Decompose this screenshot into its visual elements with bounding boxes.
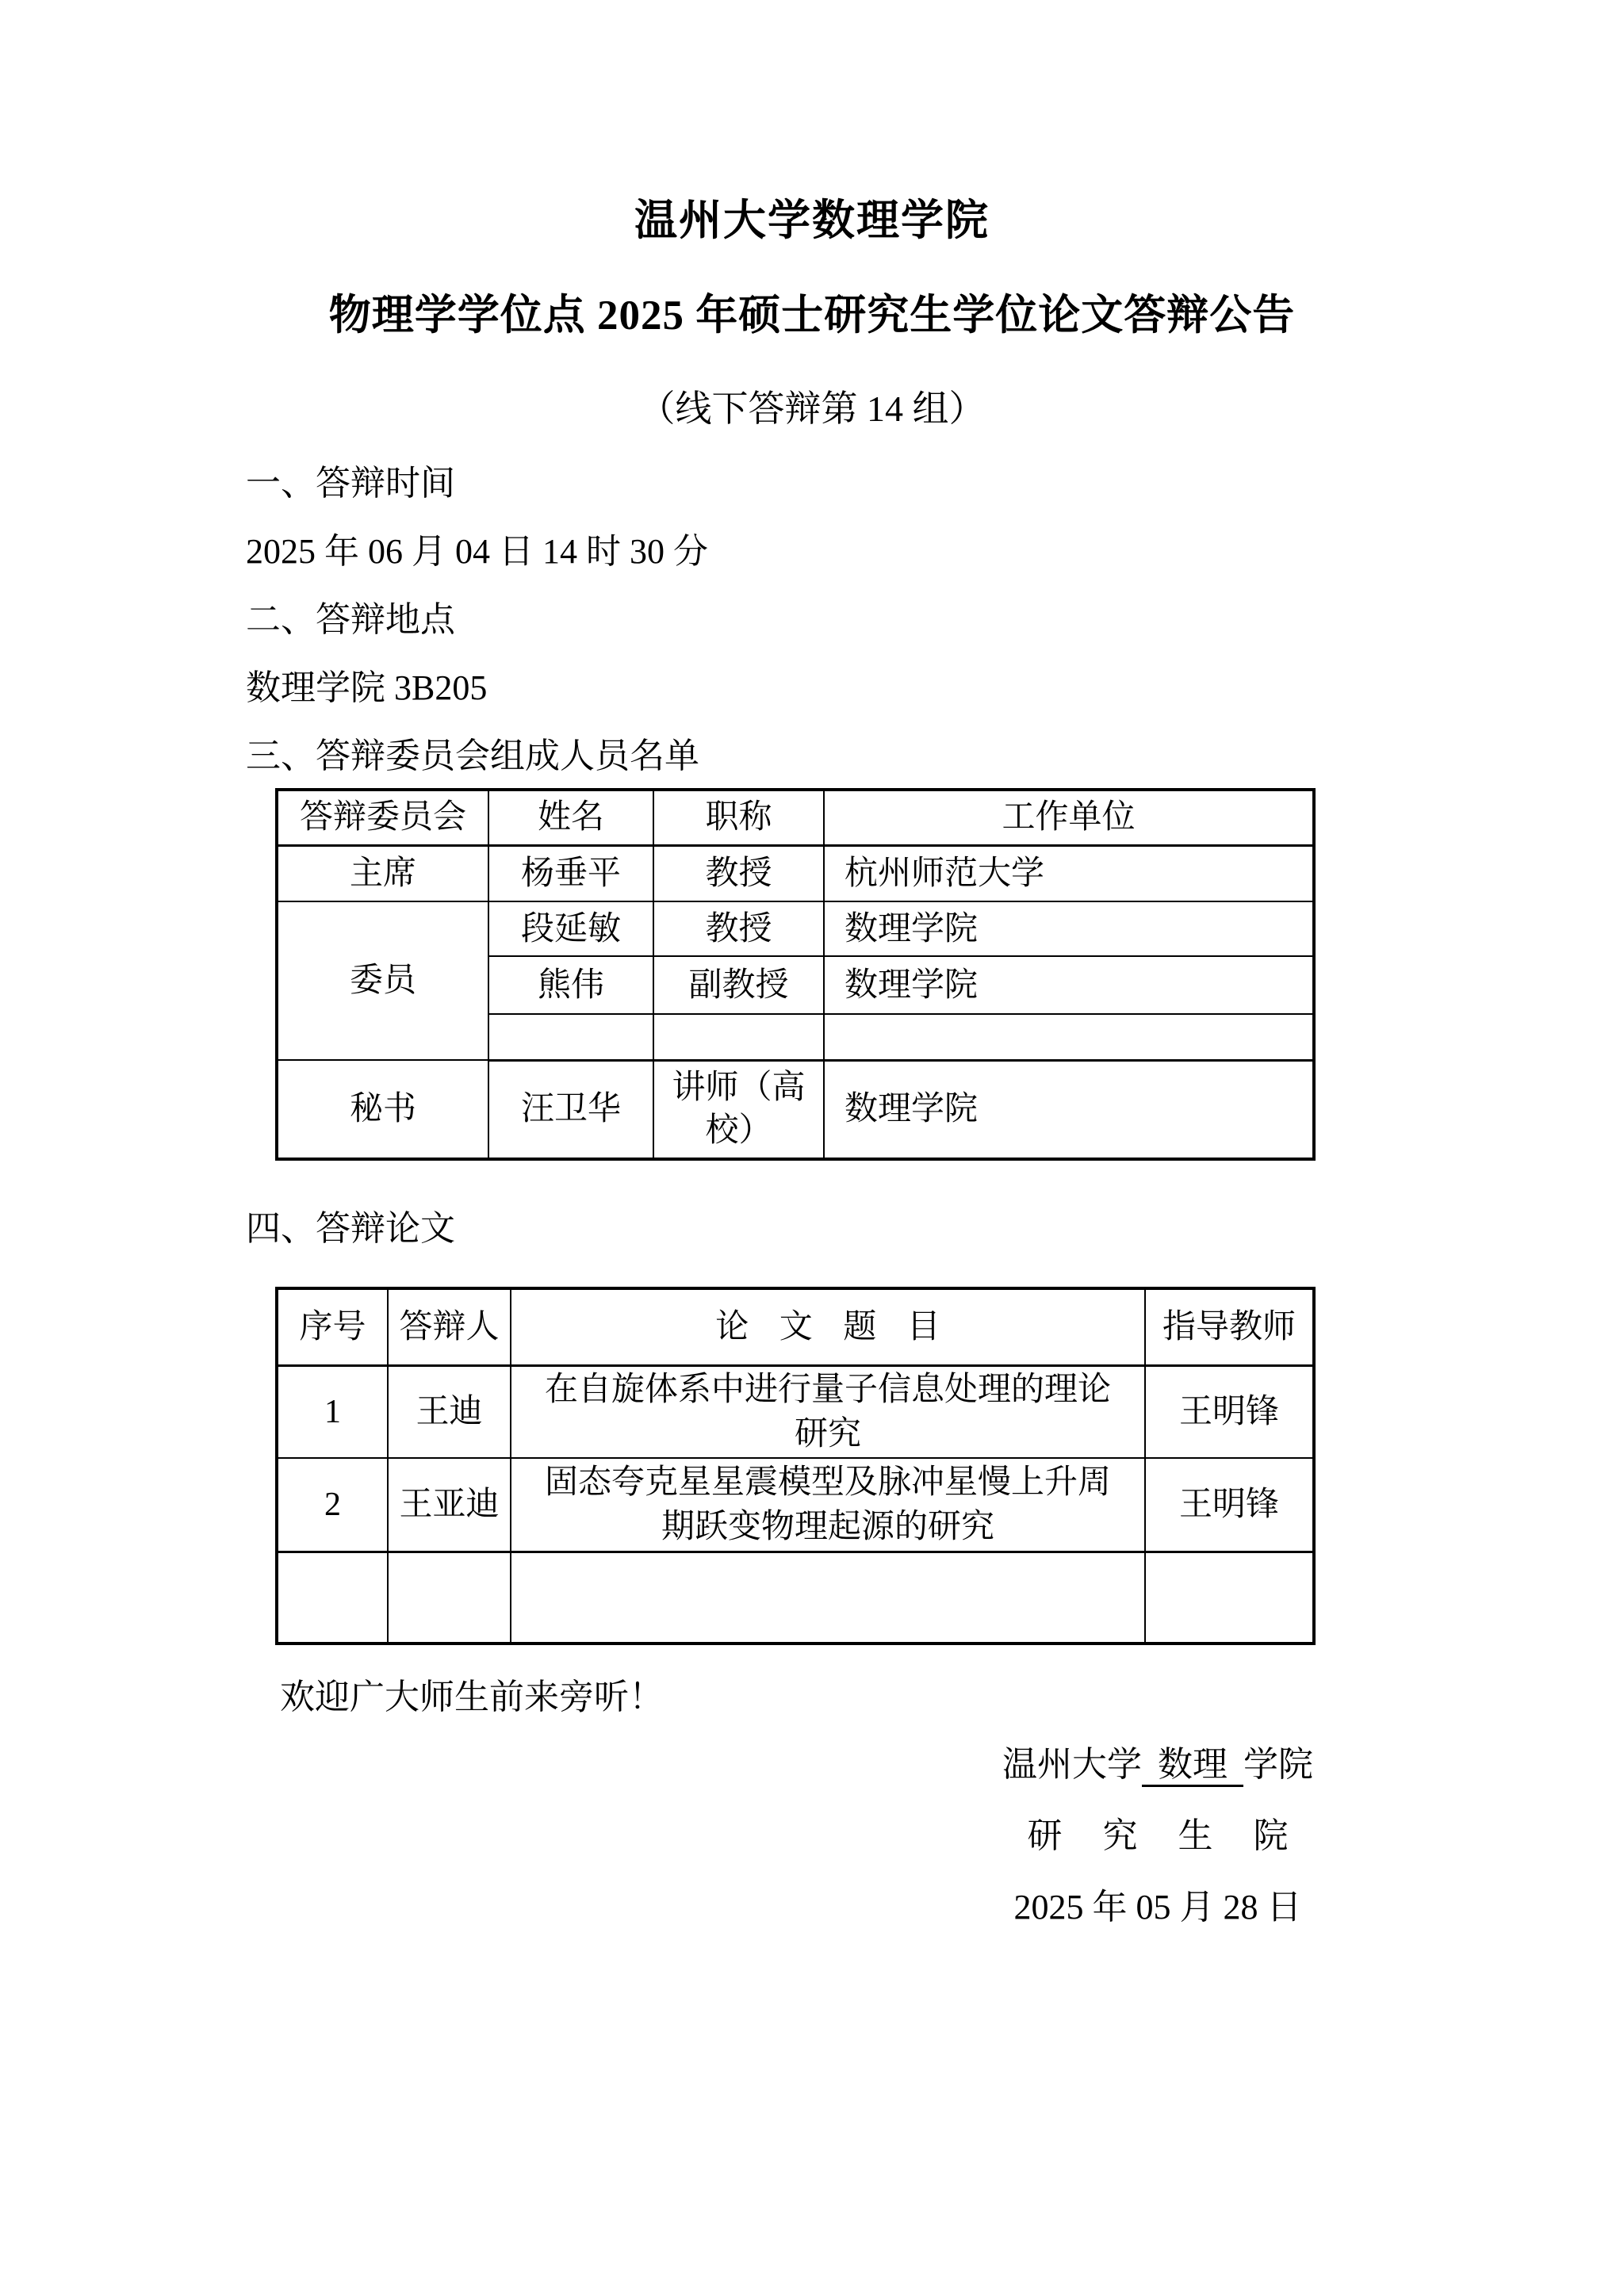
cell-title: 副教授 xyxy=(653,956,824,1014)
cell-advisor: 王明锋 xyxy=(1145,1458,1314,1552)
cell-unit: 数理学院 xyxy=(824,1060,1314,1159)
section-heading-committee: 三、答辩委员会组成人员名单 xyxy=(246,734,1624,779)
cell-role: 委员 xyxy=(277,901,488,1060)
cell-unit: 杭州师范大学 xyxy=(824,845,1314,901)
thesis-header-row: 序号 答辩人 论 文 题 目 指导教师 xyxy=(277,1288,1314,1365)
signature-block: 温州大学数理学院 研 究 生 院 2025 年 05 月 28 日 xyxy=(880,1743,1435,1930)
cell-unit: 数理学院 xyxy=(824,956,1314,1014)
defense-place-value: 数理学院 3B205 xyxy=(246,666,1624,710)
thesis-header-title: 论 文 题 目 xyxy=(511,1288,1145,1365)
cell-advisor: 王明锋 xyxy=(1145,1365,1314,1458)
cell-no xyxy=(277,1552,388,1644)
section-heading-time: 一、答辩时间 xyxy=(246,461,1624,506)
welcome-line: 欢迎广大师生前来旁听！ xyxy=(280,1675,1624,1720)
signature-org-suffix: 学院 xyxy=(1243,1745,1313,1784)
table-row: 主席 杨垂平 教授 杭州师范大学 xyxy=(277,845,1314,901)
signature-office-line: 研 究 生 院 xyxy=(880,1814,1435,1858)
cell-student: 王迪 xyxy=(388,1365,511,1458)
table-row: 秘书 汪卫华 讲师（高校） 数理学院 xyxy=(277,1060,1314,1159)
committee-table: 答辩委员会 姓名 职称 工作单位 主席 杨垂平 教授 杭州师范大学 委员 段延敏… xyxy=(275,788,1316,1161)
cell-name: 汪卫华 xyxy=(488,1060,653,1159)
table-row: 委员 段延敏 教授 数理学院 xyxy=(277,901,1314,956)
committee-header-unit: 工作单位 xyxy=(824,790,1314,845)
committee-header-title: 职称 xyxy=(653,790,824,845)
cell-student xyxy=(388,1552,511,1644)
cell-thesis-title: 固态夸克星星震模型及脉冲星慢上升周期跃变物理起源的研究 xyxy=(511,1458,1145,1552)
cell-title: 讲师（高校） xyxy=(653,1060,824,1159)
cell-title: 教授 xyxy=(653,901,824,956)
signature-org-line: 温州大学数理学院 xyxy=(880,1743,1435,1787)
committee-header-role: 答辩委员会 xyxy=(277,790,488,845)
cell-name: 段延敏 xyxy=(488,901,653,956)
cell-thesis-title: 在自旋体系中进行量子信息处理的理论研究 xyxy=(511,1365,1145,1458)
cell-name xyxy=(488,1014,653,1060)
table-row-empty xyxy=(277,1552,1314,1644)
signature-org-prefix: 温州大学 xyxy=(1002,1745,1142,1784)
cell-role: 主席 xyxy=(277,845,488,901)
cell-name: 熊伟 xyxy=(488,956,653,1014)
page-subtitle: 物理学学位点 2025 年硕士研究生学位论文答辩公告 xyxy=(0,292,1624,339)
defense-time-value: 2025 年 06 月 04 日 14 时 30 分 xyxy=(246,530,1624,574)
defense-group-label: （线下答辩第 14 组） xyxy=(0,387,1624,431)
committee-header-row: 答辩委员会 姓名 职称 工作单位 xyxy=(277,790,1314,845)
table-row: 2 王亚迪 固态夸克星星震模型及脉冲星慢上升周期跃变物理起源的研究 王明锋 xyxy=(277,1458,1314,1552)
signature-date-line: 2025 年 05 月 28 日 xyxy=(880,1885,1435,1930)
cell-student: 王亚迪 xyxy=(388,1458,511,1552)
page-title: 温州大学数理学院 xyxy=(0,197,1624,244)
document-page: 温州大学数理学院 物理学学位点 2025 年硕士研究生学位论文答辩公告 （线下答… xyxy=(0,0,1624,2296)
signature-dept-underlined: 数理 xyxy=(1142,1745,1243,1787)
cell-title xyxy=(653,1014,824,1060)
thesis-header-student: 答辩人 xyxy=(388,1288,511,1365)
cell-no: 1 xyxy=(277,1365,388,1458)
cell-thesis-title xyxy=(511,1552,1145,1644)
cell-role: 秘书 xyxy=(277,1060,488,1159)
table-row: 1 王迪 在自旋体系中进行量子信息处理的理论研究 王明锋 xyxy=(277,1365,1314,1458)
cell-unit xyxy=(824,1014,1314,1060)
cell-unit: 数理学院 xyxy=(824,901,1314,956)
cell-advisor xyxy=(1145,1552,1314,1644)
section-heading-place: 二、答辩地点 xyxy=(246,598,1624,642)
thesis-header-no: 序号 xyxy=(277,1288,388,1365)
thesis-header-advisor: 指导教师 xyxy=(1145,1288,1314,1365)
cell-no: 2 xyxy=(277,1458,388,1552)
committee-header-name: 姓名 xyxy=(488,790,653,845)
section-heading-thesis: 四、答辩论文 xyxy=(246,1207,1624,1251)
cell-name: 杨垂平 xyxy=(488,845,653,901)
cell-title: 教授 xyxy=(653,845,824,901)
thesis-table: 序号 答辩人 论 文 题 目 指导教师 1 王迪 在自旋体系中进行量子信息处理的… xyxy=(275,1287,1316,1645)
